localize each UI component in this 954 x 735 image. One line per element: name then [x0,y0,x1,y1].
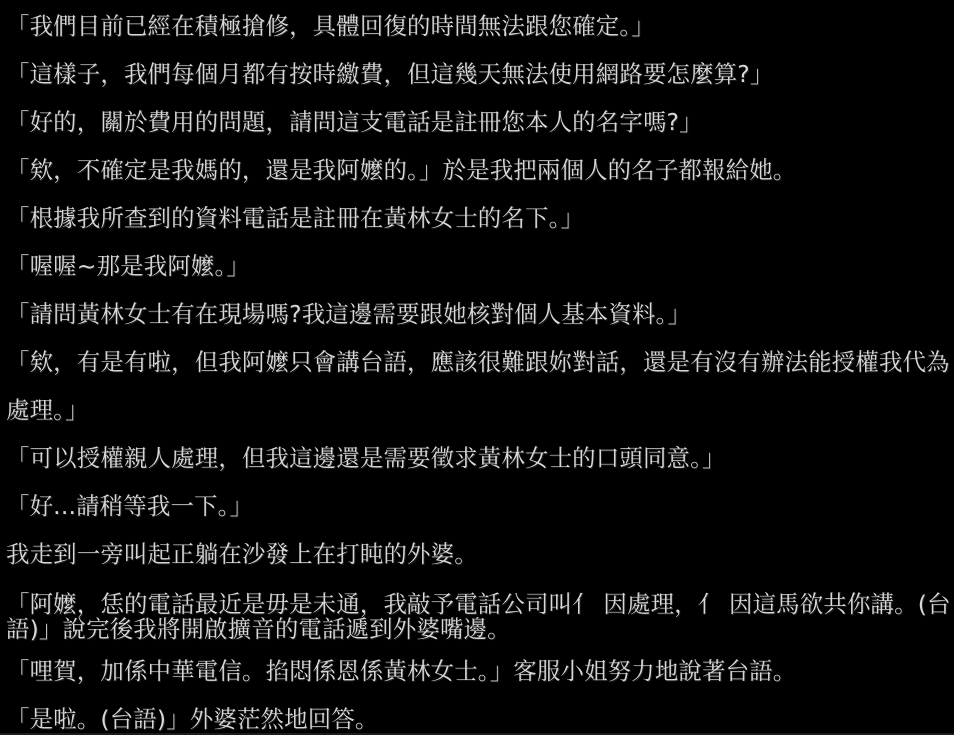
story-paragraph: 「哩賀，加係中華電信。掐悶係恩係黃林女士。」客服小姐努力地說著台語。 [6,647,952,695]
story-paragraph-clipped: 「是啦。(台語)」外婆茫然地回答。 [6,695,952,735]
story-paragraph: 「好...請稍等我一下。」 [6,482,952,530]
story-paragraph-taiwanese: 「阿嬤，恁的電話最近是毋是未通，我敲予電話公司叫亻 因處理，亻 因這馬欲共你講。… [6,592,952,642]
story-text-area: 「我們目前已經在積極搶修，具體回復的時間無法跟您確定。」 「這樣子，我們每個月都… [0,0,954,735]
story-paragraph: 「這樣子，我們每個月都有按時繳費，但這幾天無法使用網路要怎麼算?」 [6,50,952,98]
story-paragraph: 「欸，有是有啦，但我阿嬤只會講台語，應該很難跟妳對話，還是有沒有辦法能授權我代為… [6,338,952,434]
story-paragraph: 「我們目前已經在積極搶修，具體回復的時間無法跟您確定。」 [6,2,952,50]
story-paragraph: 「請問黃林女士有在現場嗎?我這邊需要跟她核對個人基本資料。」 [6,290,952,338]
story-reader-page: 「我們目前已經在積極搶修，具體回復的時間無法跟您確定。」 「這樣子，我們每個月都… [0,0,954,735]
story-paragraph: 我走到一旁叫起正躺在沙發上在打盹的外婆。 [6,530,952,578]
story-paragraph: 「好的，關於費用的問題，請問這支電話是註冊您本人的名字嗎?」 [6,98,952,146]
story-paragraph: 「欸，不確定是我媽的，還是我阿嬤的。」於是我把兩個人的名子都報給她。 [6,146,952,194]
story-paragraph: 「可以授權親人處理，但我這邊還是需要徵求黃林女士的口頭同意。」 [6,434,952,482]
story-paragraph: 「喔喔~那是我阿嬤。」 [6,242,952,290]
story-paragraph: 「根據我所查到的資料電話是註冊在黃林女士的名下。」 [6,194,952,242]
